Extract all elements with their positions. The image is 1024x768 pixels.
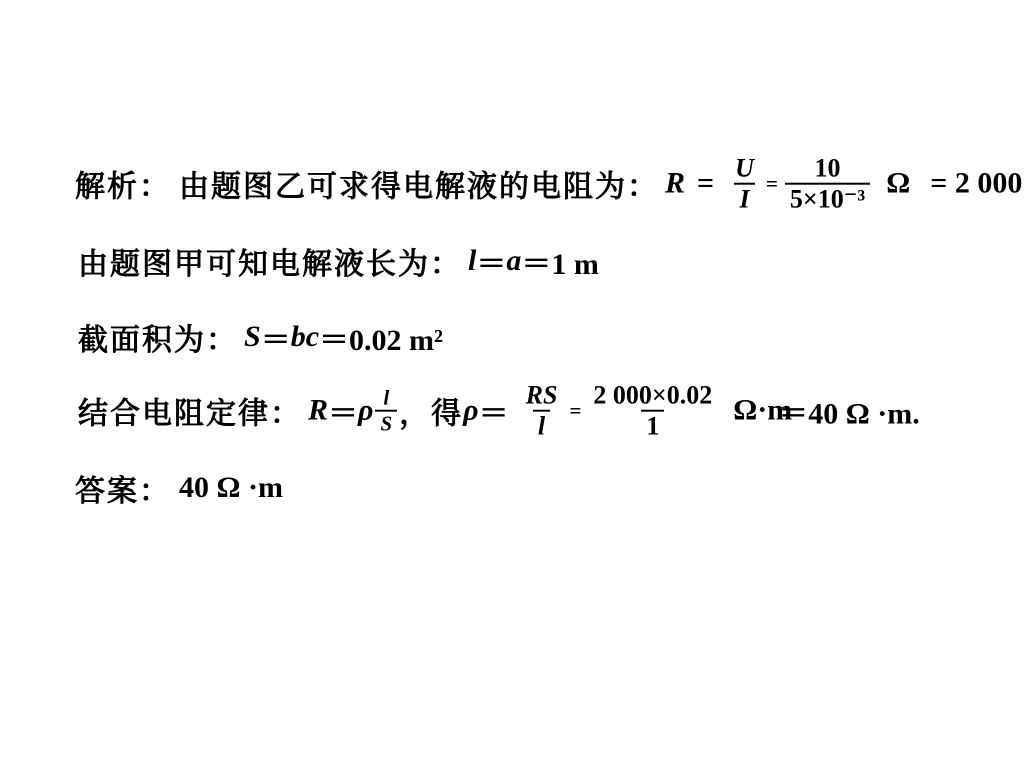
rho-symbol: ρ (463, 394, 478, 428)
fraction-U-over-I: U I (730, 155, 759, 214)
fraction-numerator: 2 000×0.02 (588, 382, 717, 410)
fraction-denominator: 1 (641, 410, 664, 440)
fraction-numerator: U (730, 155, 759, 183)
fraction-l-over-S: l S (375, 387, 397, 435)
fraction-10-over-5e-3: 10 5×10⁻³ (785, 155, 870, 214)
equals-sign: ＝ (479, 389, 509, 433)
fraction-denominator: S (375, 410, 397, 435)
equals-sign: ＝ (476, 239, 506, 283)
answer-label: 答案： (75, 466, 171, 510)
equals-sign: = (766, 172, 778, 197)
answer-value: 40 Ω ·m (179, 471, 283, 505)
fraction-denominator: l (533, 410, 550, 440)
var-R: R (665, 167, 685, 201)
fraction-RS-over-l: RS l (521, 382, 563, 441)
line3-result: ＝0.02 m² (319, 315, 443, 359)
equals-sign: ＝ (261, 315, 291, 359)
line4-result: ＝40 Ω ·m. (778, 389, 920, 433)
var-R: R (308, 394, 328, 428)
equals-sign: ＝ (328, 389, 358, 433)
omega-unit: Ω (886, 167, 910, 201)
fraction-numerator: l (378, 387, 394, 410)
equals-sign: = (569, 399, 581, 424)
var-bc: bc (291, 320, 319, 354)
fraction-denominator: 5×10⁻³ (785, 183, 870, 213)
solution-line-4: 结合电阻定律： R ＝ ρ l S ，得 ρ ＝ RS l = 2 000×0.… (78, 382, 920, 441)
line4-intro-text: 结合电阻定律： (78, 389, 302, 433)
var-S: S (244, 320, 261, 354)
var-l: l (468, 244, 476, 278)
line2-intro-text: 由题图甲可知电解液长为： (78, 239, 462, 283)
fraction-denominator: I (734, 183, 754, 213)
fraction-calc: 2 000×0.02 1 (588, 382, 717, 441)
rho-symbol: ρ (358, 394, 373, 428)
var-a: a (506, 244, 521, 278)
line2-result: ＝1 m (521, 239, 599, 283)
slide-page: 解析： 由题图乙可求得电解液的电阻为： R = U I = 10 5×10⁻³ … (0, 0, 1024, 768)
line4-mid-text: ，得 (399, 389, 463, 433)
solution-line-3: 截面积为： S ＝ bc ＝0.02 m² (78, 315, 443, 359)
fraction-numerator: 10 (810, 155, 846, 183)
analysis-label: 解析： (75, 162, 171, 206)
equals-sign: = (697, 167, 714, 201)
solution-line-1: 解析： 由题图乙可求得电解液的电阻为： R = U I = 10 5×10⁻³ … (75, 155, 1024, 214)
solution-line-5: 答案： 40 Ω ·m (75, 466, 283, 510)
fraction-numerator: RS (521, 382, 563, 410)
line1-result: = 2 000 Ω (930, 167, 1024, 201)
line3-intro-text: 截面积为： (78, 315, 238, 359)
solution-line-2: 由题图甲可知电解液长为： l ＝ a ＝1 m (78, 239, 599, 283)
line1-intro-text: 由题图乙可求得电解液的电阻为： (179, 162, 659, 206)
